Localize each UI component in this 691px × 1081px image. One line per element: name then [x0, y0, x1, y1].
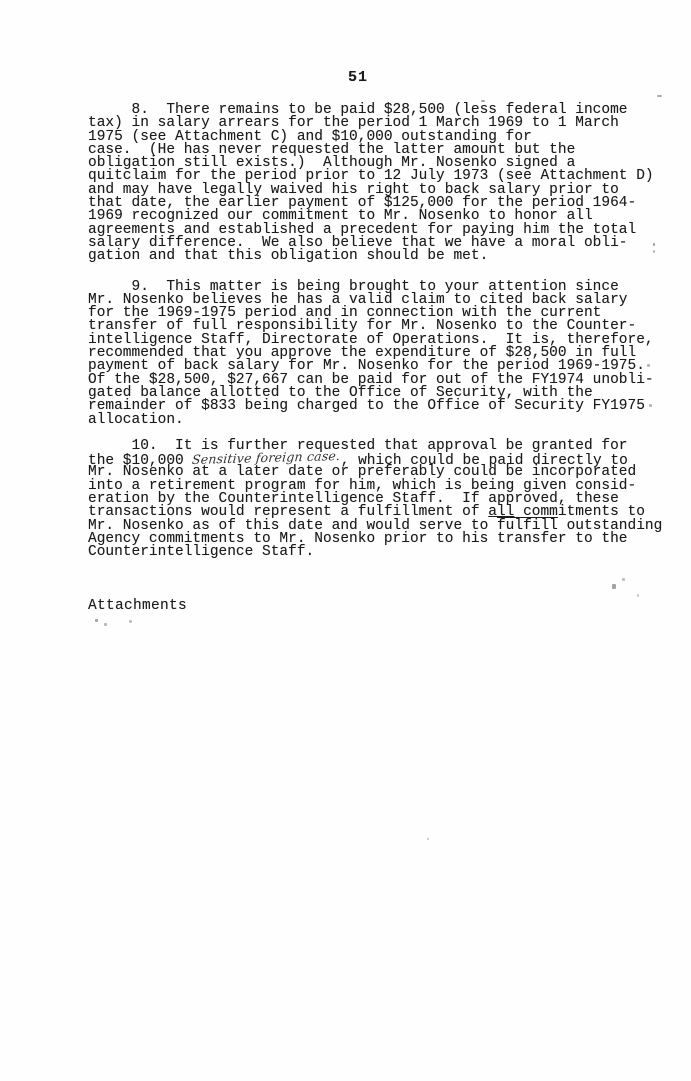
- paragraph-10: 10. It is further requested that approva…: [88, 440, 668, 560]
- scan-speck: [622, 578, 625, 581]
- page-number: 51: [348, 69, 368, 86]
- scan-speck: [104, 623, 107, 626]
- paragraph-8: 8. There remains to be paid $28,500 (les…: [88, 104, 668, 264]
- scan-speck: [176, 513, 178, 515]
- scan-speck: [653, 250, 655, 253]
- scan-speck: [637, 594, 639, 597]
- scan-speck: [95, 619, 98, 622]
- scan-speck: [129, 620, 132, 623]
- text-line: Counterintelligence Staff.: [88, 546, 668, 559]
- scan-speck: [481, 100, 485, 102]
- scan-speck: [649, 404, 652, 407]
- paragraph-9: 9. This matter is being brought to your …: [88, 281, 668, 427]
- attachments-label: Attachments: [88, 598, 187, 614]
- scan-speck: [612, 584, 616, 589]
- document-page: 51 8. There remains to be paid $28,500 (…: [0, 0, 691, 1081]
- document-body: 8. There remains to be paid $28,500 (les…: [88, 104, 668, 560]
- scan-speck: [647, 364, 650, 367]
- text-line: allocation.: [88, 414, 668, 427]
- scan-speck: [653, 243, 655, 246]
- scan-speck: [427, 838, 429, 840]
- text-line: gation and that this obligation should b…: [88, 250, 668, 263]
- scan-speck: [657, 95, 662, 97]
- text-line: 10. It is further requested that approva…: [88, 440, 668, 453]
